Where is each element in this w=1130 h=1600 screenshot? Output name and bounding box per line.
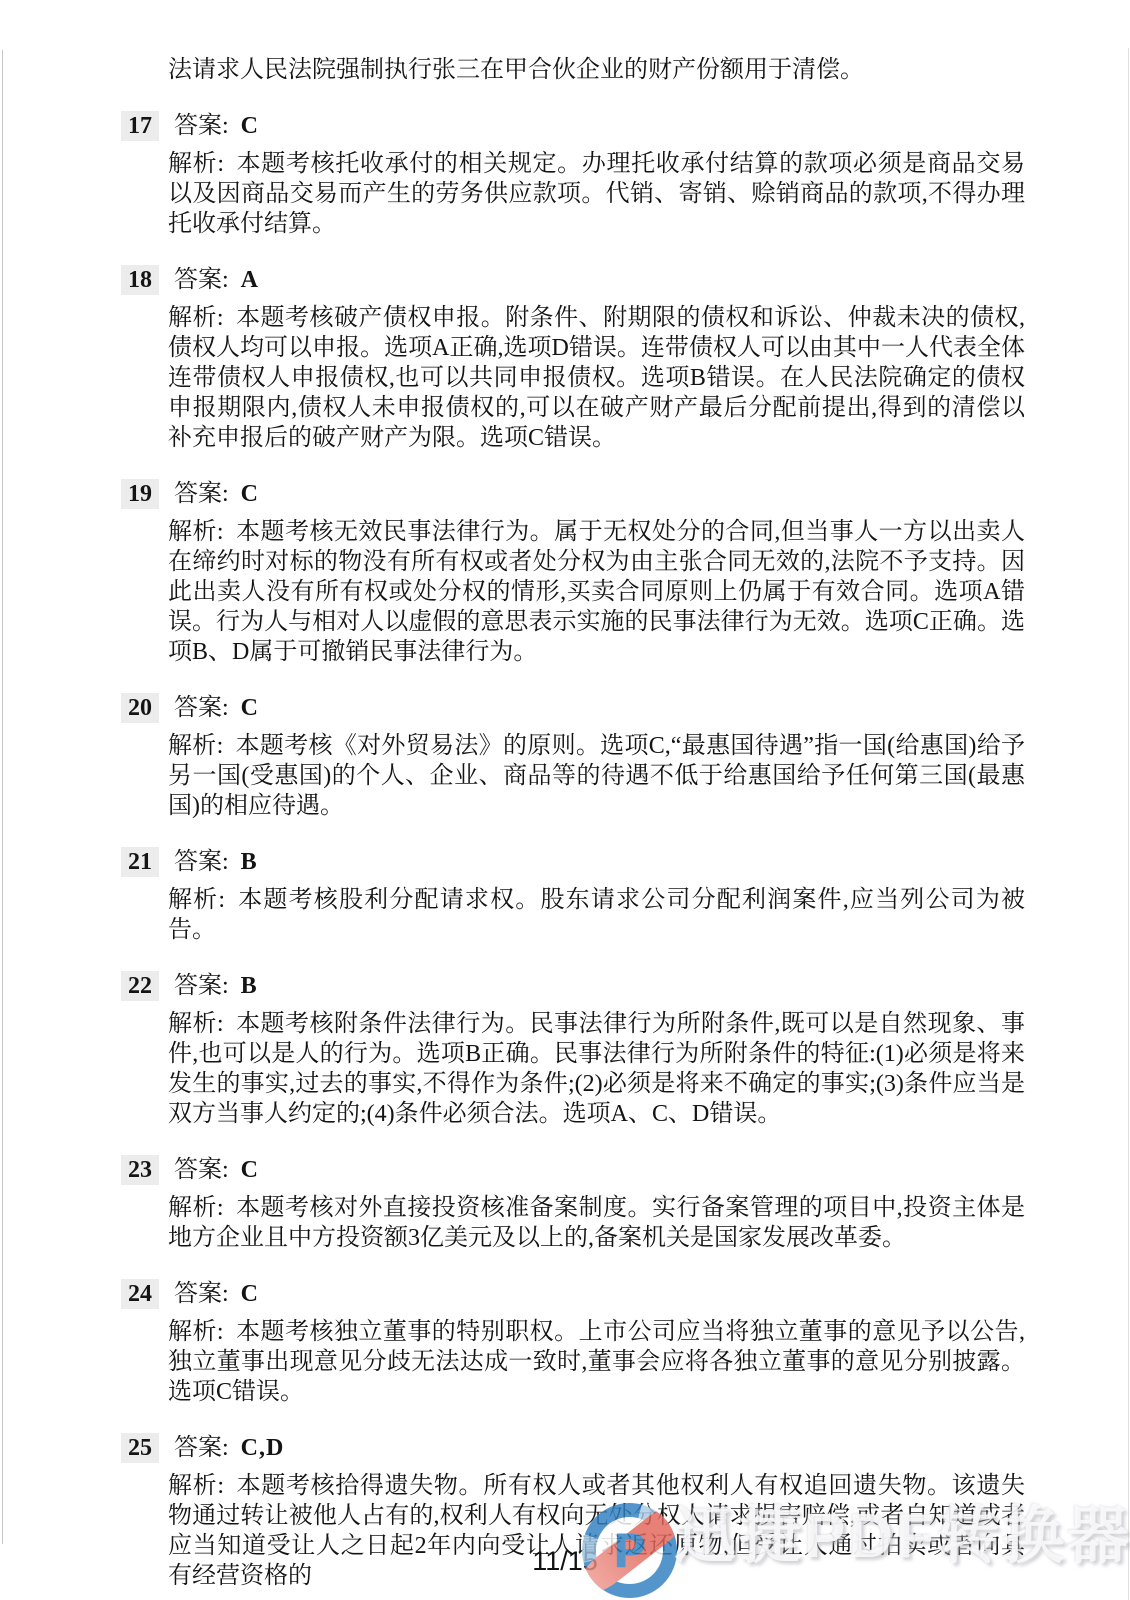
question-number: 18 (121, 265, 159, 295)
answer-row: 25 答案:C,D (121, 1433, 1025, 1463)
answer-text: 答案:C (174, 479, 259, 509)
answer-text: 答案:C (174, 1155, 259, 1185)
analysis-paragraph: 解析:本题考核破产债权申报。附条件、附期限的债权和诉讼、仲裁未决的债权,债权人均… (168, 303, 1025, 453)
answer-text: 答案:B (174, 971, 258, 1001)
analysis-label: 解析: (168, 305, 224, 331)
answer-label: 答案: (174, 849, 229, 875)
answer-item: 23 答案:C 解析:本题考核对外直接投资核准备案制度。实行备案管理的项目中,投… (121, 1155, 1025, 1253)
analysis-text: 本题考核无效民事法律行为。属于无权处分的合同,但当事人一方以出卖人在缔约时对标的… (168, 519, 1025, 665)
analysis-label: 解析: (168, 519, 224, 545)
page-content: 法请求人民法院强制执行张三在甲合伙企业的财产份额用于清偿。 17 答案:C 解析… (121, 55, 1025, 1591)
answer-item: 20 答案:C 解析:本题考核《对外贸易法》的原则。选项C,“最惠国待遇”指一国… (121, 693, 1025, 821)
analysis-text: 本题考核股利分配请求权。股东请求公司分配利润案件,应当列公司为被告。 (168, 887, 1025, 943)
answer-value: C (241, 113, 259, 139)
answer-row: 17 答案:C (121, 111, 1025, 141)
analysis-text: 本题考核附条件法律行为。民事法律行为所附条件,既可以是自然现象、事件,也可以是人… (168, 1011, 1025, 1127)
question-number: 22 (121, 971, 159, 1001)
question-number: 21 (121, 847, 159, 877)
answer-text: 答案:B (174, 847, 258, 877)
analysis-label: 解析: (168, 1473, 224, 1499)
answer-text: 答案:C (174, 1279, 259, 1309)
question-number: 20 (121, 693, 159, 723)
answer-text: 答案:C (174, 693, 259, 723)
analysis-paragraph: 解析:本题考核独立董事的特别职权。上市公司应当将独立董事的意见予以公告,独立董事… (168, 1317, 1025, 1407)
pdf-page: 法请求人民法院强制执行张三在甲合伙企业的财产份额用于清偿。 17 答案:C 解析… (0, 0, 1130, 1600)
question-number: 19 (121, 479, 159, 509)
answer-item: 21 答案:B 解析:本题考核股利分配请求权。股东请求公司分配利润案件,应当列公… (121, 847, 1025, 945)
logo-letter: P (582, 1503, 677, 1598)
answer-item: 18 答案:A 解析:本题考核破产债权申报。附条件、附期限的债权和诉讼、仲裁未决… (121, 265, 1025, 453)
answer-label: 答案: (174, 1157, 229, 1183)
analysis-text: 本题考核独立董事的特别职权。上市公司应当将独立董事的意见予以公告,独立董事出现意… (168, 1319, 1025, 1405)
answer-row: 19 答案:C (121, 479, 1025, 509)
analysis-label: 解析: (168, 887, 225, 913)
analysis-paragraph: 解析:本题考核《对外贸易法》的原则。选项C,“最惠国待遇”指一国(给惠国)给予另… (168, 731, 1025, 821)
analysis-label: 解析: (168, 151, 224, 177)
answer-label: 答案: (174, 1281, 229, 1307)
answer-label: 答案: (174, 267, 229, 293)
answer-row: 18 答案:A (121, 265, 1025, 295)
continuation-text: 法请求人民法院强制执行张三在甲合伙企业的财产份额用于清偿。 (168, 55, 1025, 85)
analysis-paragraph: 解析:本题考核股利分配请求权。股东请求公司分配利润案件,应当列公司为被告。 (168, 885, 1025, 945)
answer-label: 答案: (174, 695, 229, 721)
answer-label: 答案: (174, 113, 229, 139)
answer-value: C (241, 481, 259, 507)
analysis-text: 本题考核对外直接投资核准备案制度。实行备案管理的项目中,投资主体是地方企业且中方… (168, 1195, 1025, 1251)
answer-row: 21 答案:B (121, 847, 1025, 877)
answer-value: C,D (241, 1435, 285, 1461)
analysis-paragraph: 解析:本题考核托收承付的相关规定。办理托收承付结算的款项必须是商品交易以及因商品… (168, 149, 1025, 239)
question-number: 17 (121, 111, 159, 141)
answer-row: 22 答案:B (121, 971, 1025, 1001)
answer-item: 19 答案:C 解析:本题考核无效民事法律行为。属于无权处分的合同,但当事人一方… (121, 479, 1025, 667)
page-edge-line-right (1128, 48, 1129, 1600)
analysis-label: 解析: (168, 733, 223, 759)
analysis-label: 解析: (168, 1319, 224, 1345)
analysis-paragraph: 解析:本题考核附条件法律行为。民事法律行为所附条件,既可以是自然现象、事件,也可… (168, 1009, 1025, 1129)
answer-value: C (241, 695, 259, 721)
answer-value: C (241, 1157, 259, 1183)
question-number: 23 (121, 1155, 159, 1185)
question-number: 25 (121, 1433, 159, 1463)
answer-item: 24 答案:C 解析:本题考核独立董事的特别职权。上市公司应当将独立董事的意见予… (121, 1279, 1025, 1407)
answer-label: 答案: (174, 481, 229, 507)
answer-text: 答案:A (174, 265, 259, 295)
answer-item: 22 答案:B 解析:本题考核附条件法律行为。民事法律行为所附条件,既可以是自然… (121, 971, 1025, 1129)
answer-value: B (241, 849, 258, 875)
analysis-paragraph: 解析:本题考核无效民事法律行为。属于无权处分的合同,但当事人一方以出卖人在缔约时… (168, 517, 1025, 667)
question-number: 24 (121, 1279, 159, 1309)
answer-value: A (241, 267, 259, 293)
analysis-paragraph: 解析:本题考核对外直接投资核准备案制度。实行备案管理的项目中,投资主体是地方企业… (168, 1193, 1025, 1253)
page-edge-line-left (2, 50, 3, 1544)
answer-text: 答案:C,D (174, 1433, 284, 1463)
answer-row: 24 答案:C (121, 1279, 1025, 1309)
answer-label: 答案: (174, 973, 229, 999)
analysis-text: 本题考核破产债权申报。附条件、附期限的债权和诉讼、仲裁未决的债权,债权人均可以申… (168, 305, 1025, 451)
answer-value: C (241, 1281, 259, 1307)
analysis-text: 本题考核《对外贸易法》的原则。选项C,“最惠国待遇”指一国(给惠国)给予另一国(… (168, 733, 1025, 819)
answer-row: 23 答案:C (121, 1155, 1025, 1185)
analysis-label: 解析: (168, 1195, 224, 1221)
analysis-label: 解析: (168, 1011, 224, 1037)
answer-row: 20 答案:C (121, 693, 1025, 723)
answer-value: B (241, 973, 258, 999)
analysis-text: 本题考核托收承付的相关规定。办理托收承付结算的款项必须是商品交易以及因商品交易而… (168, 151, 1025, 237)
answer-label: 答案: (174, 1435, 229, 1461)
answer-text: 答案:C (174, 111, 259, 141)
pdf-converter-logo-icon: P (582, 1503, 677, 1598)
answer-item: 17 答案:C 解析:本题考核托收承付的相关规定。办理托收承付结算的款项必须是商… (121, 111, 1025, 239)
watermark-text: 迅捷PDF转换器 (674, 1486, 1130, 1575)
